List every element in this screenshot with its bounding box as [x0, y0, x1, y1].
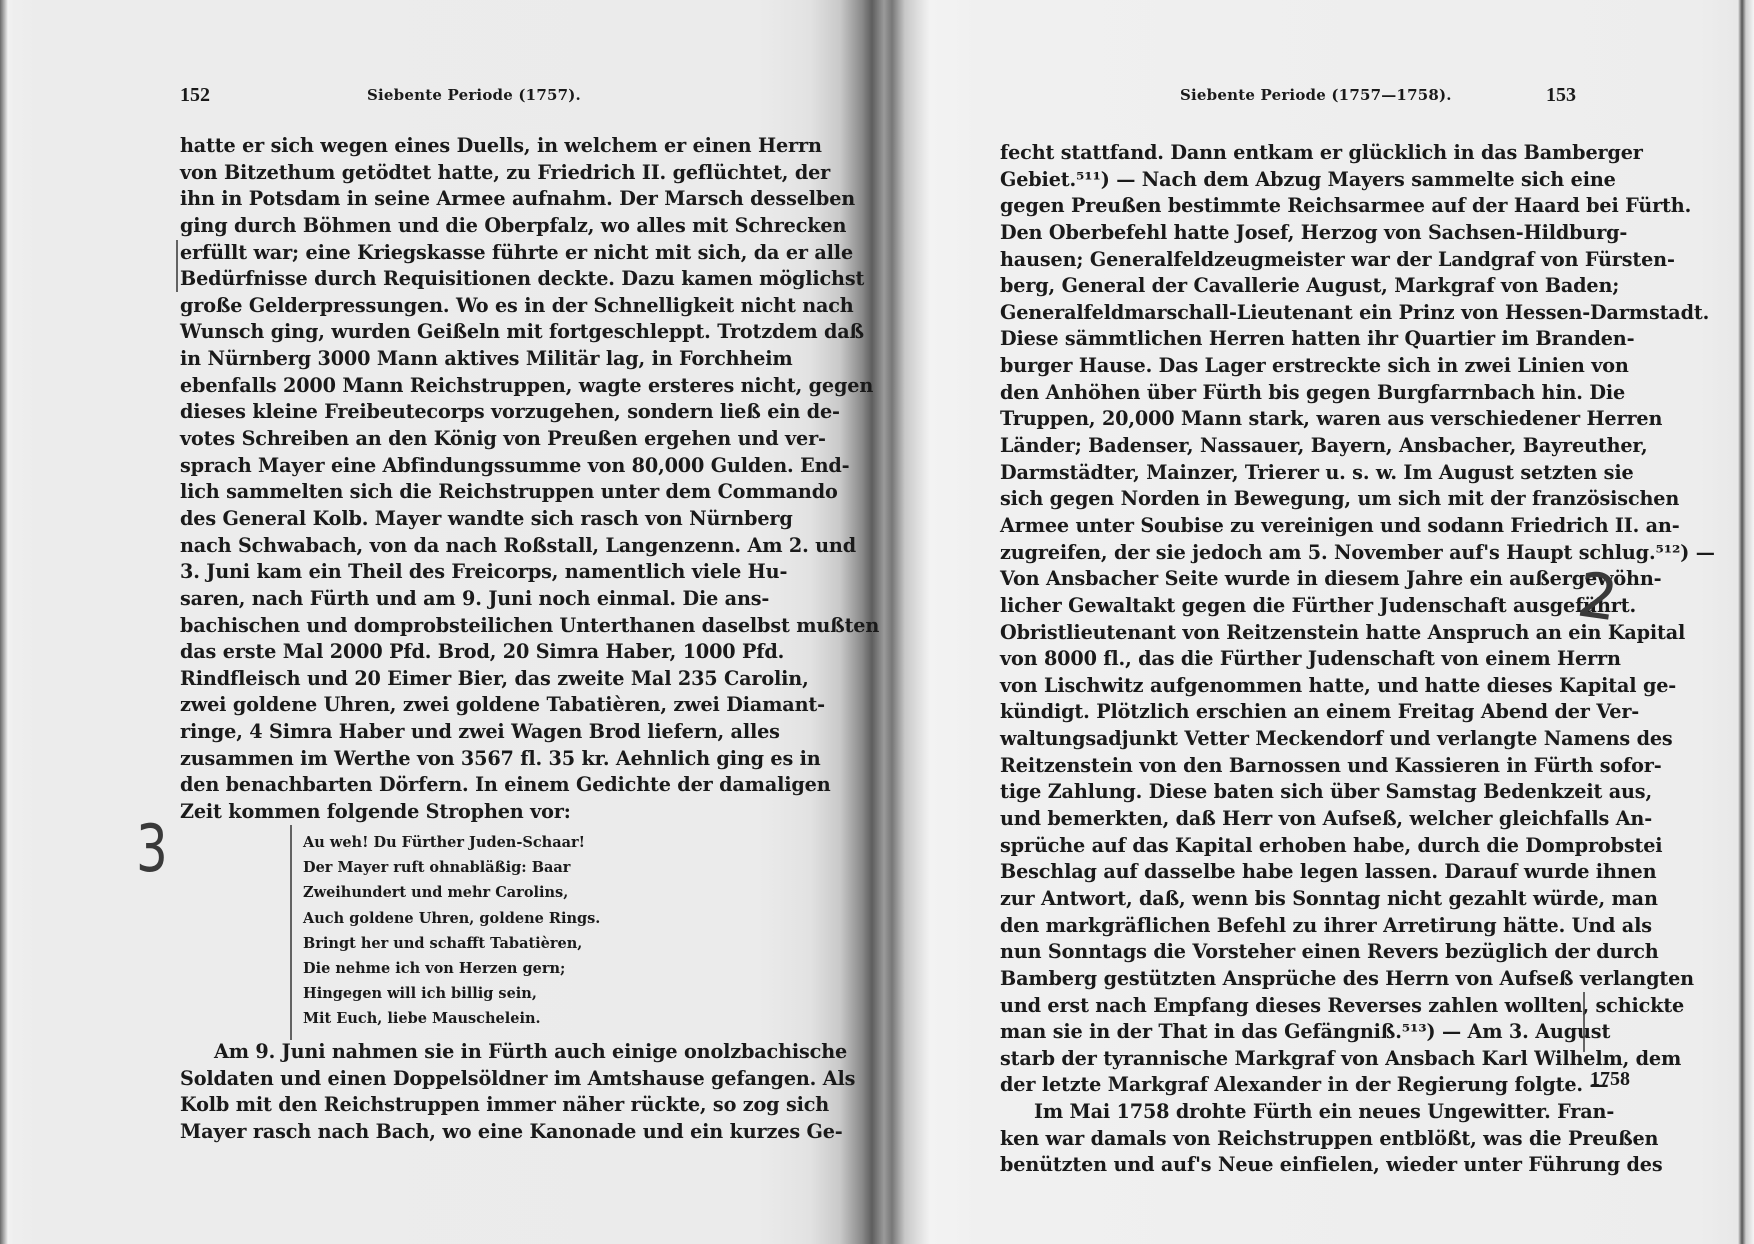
text-line: in Nürnberg 3000 Mann aktives Militär la… — [180, 346, 755, 373]
text-line: Bedürfnisse durch Requisitionen deckte. … — [180, 266, 755, 293]
poem-line: Au weh! Du Fürther Juden-Schaar! — [303, 830, 703, 855]
running-head: Siebente Periode (1757). — [367, 86, 581, 104]
margin-year-note: 1758 — [1590, 1068, 1630, 1091]
text-line: gegen Preußen bestimmte Reichsarmee auf … — [1000, 193, 1578, 220]
text-line: und bemerkten, daß Herr von Aufseß, welc… — [1000, 806, 1578, 833]
text-line: ebenfalls 2000 Mann Reichstruppen, wagte… — [180, 373, 755, 400]
body-text-block: hatte er sich wegen eines Duells, in wel… — [180, 133, 755, 826]
text-line: hausen; Generalfeldzeugmeister war der L… — [1000, 247, 1578, 274]
text-line: Von Ansbacher Seite wurde in diesem Jahr… — [1000, 566, 1578, 593]
pencil-margin-line — [290, 825, 292, 1040]
text-line: Kolb mit den Reichstruppen immer näher r… — [180, 1092, 755, 1119]
text-line: den Anhöhen über Fürth bis gegen Burgfar… — [1000, 380, 1578, 407]
text-line: das erste Mal 2000 Pfd. Brod, 20 Simra H… — [180, 639, 755, 666]
text-line: von Bitzethum getödtet hatte, zu Friedri… — [180, 160, 755, 187]
text-line: Länder; Badenser, Nassauer, Bayern, Ansb… — [1000, 433, 1578, 460]
text-line: zwei goldene Uhren, zwei goldene Tabatiè… — [180, 692, 755, 719]
poem-line: Auch goldene Uhren, goldene Rings. — [303, 906, 703, 931]
text-line: lich sammelten sich die Reichstruppen un… — [180, 479, 755, 506]
text-line: waltungsadjunkt Vetter Meckendorf und ve… — [1000, 726, 1578, 753]
text-line: Gebiet.⁵¹¹) — Nach dem Abzug Mayers samm… — [1000, 167, 1578, 194]
text-line: 3. Juni kam ein Theil des Freicorps, nam… — [180, 559, 755, 586]
page-number: 153 — [1546, 84, 1576, 107]
pencil-annotation: 3 — [136, 811, 168, 886]
text-line: licher Gewaltakt gegen die Fürther Juden… — [1000, 593, 1578, 620]
text-line: man sie in der That in das Gefängniß.⁵¹³… — [1000, 1019, 1578, 1046]
text-line: tige Zahlung. Diese baten sich über Sams… — [1000, 779, 1578, 806]
book-spread: 152 Siebente Periode (1757). hatte er si… — [0, 0, 1754, 1244]
text-line: ken war damals von Reichstruppen entblöß… — [1000, 1126, 1578, 1153]
poem-line: Zweihundert und mehr Carolins, — [303, 880, 703, 905]
text-line: zusammen im Werthe von 3567 fl. 35 kr. A… — [180, 746, 755, 773]
text-line: Am 9. Juni nahmen sie in Fürth auch eini… — [180, 1039, 755, 1066]
text-line: den markgräflichen Befehl zu ihrer Arret… — [1000, 913, 1578, 940]
text-line: burger Hause. Das Lager erstreckte sich … — [1000, 353, 1578, 380]
text-line: dieses kleine Freibeutecorps vorzugehen,… — [180, 399, 755, 426]
text-line: Beschlag auf dasselbe habe legen lassen.… — [1000, 859, 1578, 886]
text-line: ging durch Böhmen und die Oberpfalz, wo … — [180, 213, 755, 240]
text-line: erfüllt war; eine Kriegskasse führte er … — [180, 240, 755, 267]
running-head: Siebente Periode (1757—1758). — [1180, 86, 1452, 104]
text-line: starb der tyrannische Markgraf von Ansba… — [1000, 1046, 1578, 1073]
text-line: sprüche auf das Kapital erhoben habe, du… — [1000, 833, 1578, 860]
body-text-block: fecht stattfand. Dann entkam er glücklic… — [1000, 140, 1578, 1179]
text-line: berg, General der Cavallerie August, Mar… — [1000, 273, 1578, 300]
text-line: ihn in Potsdam in seine Armee aufnahm. D… — [180, 186, 755, 213]
text-line: Wunsch ging, wurden Geißeln mit fortgesc… — [180, 319, 755, 346]
poem-line: Der Mayer ruft ohnabläßig: Baar — [303, 855, 703, 880]
text-line: große Gelderpressungen. Wo es in der Sch… — [180, 293, 755, 320]
text-line: votes Schreiben an den König von Preußen… — [180, 426, 755, 453]
text-line: kündigt. Plötzlich erschien an einem Fre… — [1000, 699, 1578, 726]
pencil-margin-line — [1583, 992, 1585, 1052]
text-line: sich gegen Norden in Bewegung, um sich m… — [1000, 486, 1578, 513]
text-line: Truppen, 20,000 Mann stark, waren aus ve… — [1000, 406, 1578, 433]
text-line: den benachbarten Dörfern. In einem Gedic… — [180, 772, 755, 799]
text-line: Mayer rasch nach Bach, wo eine Kanonade … — [180, 1119, 755, 1146]
text-line: nun Sonntags die Vorsteher einen Revers … — [1000, 939, 1578, 966]
text-line: Zeit kommen folgende Strophen vor: — [180, 799, 755, 826]
text-line: bachischen und domprobsteilichen Unterth… — [180, 613, 755, 640]
poem-line: Bringt her und schafft Tabatièren, — [303, 931, 703, 956]
text-line: Im Mai 1758 drohte Fürth ein neues Ungew… — [1000, 1099, 1578, 1126]
poem-line: Die nehme ich von Herzen gern; — [303, 956, 703, 981]
poem-line: Hingegen will ich billig sein, — [303, 981, 703, 1006]
text-line: saren, nach Fürth und am 9. Juni noch ei… — [180, 586, 755, 613]
text-line: Rindfleisch und 20 Eimer Bier, das zweit… — [180, 666, 755, 693]
text-line: Bamberg gestützten Ansprüche des Herrn v… — [1000, 966, 1578, 993]
text-line: von Lischwitz aufgenommen hatte, und hat… — [1000, 673, 1578, 700]
text-line: zur Antwort, daß, wenn bis Sonntag nicht… — [1000, 886, 1578, 913]
text-line: Soldaten und einen Doppelsöldner im Amts… — [180, 1066, 755, 1093]
page-number: 152 — [180, 84, 210, 107]
text-line: und erst nach Empfang dieses Reverses za… — [1000, 993, 1578, 1020]
right-page: Siebente Periode (1757—1758). 153 fecht … — [880, 0, 1754, 1244]
poem-line: Mit Euch, liebe Mauschelein. — [303, 1006, 703, 1031]
text-line: hatte er sich wegen eines Duells, in wel… — [180, 133, 755, 160]
poem-block: Au weh! Du Fürther Juden-Schaar! Der May… — [303, 830, 703, 1032]
text-line: von 8000 fl., das die Fürther Judenschaf… — [1000, 646, 1578, 673]
pencil-margin-line — [176, 240, 178, 292]
text-line: nach Schwabach, von da nach Roßstall, La… — [180, 533, 755, 560]
text-line: des General Kolb. Mayer wandte sich rasc… — [180, 506, 755, 533]
text-line: benützten und auf's Neue einfielen, wied… — [1000, 1152, 1578, 1179]
text-line: Darmstädter, Mainzer, Trierer u. s. w. I… — [1000, 460, 1578, 487]
text-line: sprach Mayer eine Abfindungssumme von 80… — [180, 453, 755, 480]
text-line: zugreifen, der sie jedoch am 5. November… — [1000, 540, 1578, 567]
body-text-block: Am 9. Juni nahmen sie in Fürth auch eini… — [180, 1039, 755, 1146]
text-line: Armee unter Soubise zu vereinigen und so… — [1000, 513, 1578, 540]
left-page: 152 Siebente Periode (1757). hatte er si… — [0, 0, 860, 1244]
text-line: Obristlieutenant von Reitzenstein hatte … — [1000, 620, 1578, 647]
text-line: Reitzenstein von den Barnossen und Kassi… — [1000, 753, 1578, 780]
text-line: Generalfeldmarschall-Lieutenant ein Prin… — [1000, 300, 1578, 327]
text-line: fecht stattfand. Dann entkam er glücklic… — [1000, 140, 1578, 167]
text-line: ringe, 4 Simra Haber und zwei Wagen Brod… — [180, 719, 755, 746]
text-line: Den Oberbefehl hatte Josef, Herzog von S… — [1000, 220, 1578, 247]
text-line: Diese sämmtlichen Herren hatten ihr Quar… — [1000, 326, 1578, 353]
text-line: der letzte Markgraf Alexander in der Reg… — [1000, 1072, 1578, 1099]
